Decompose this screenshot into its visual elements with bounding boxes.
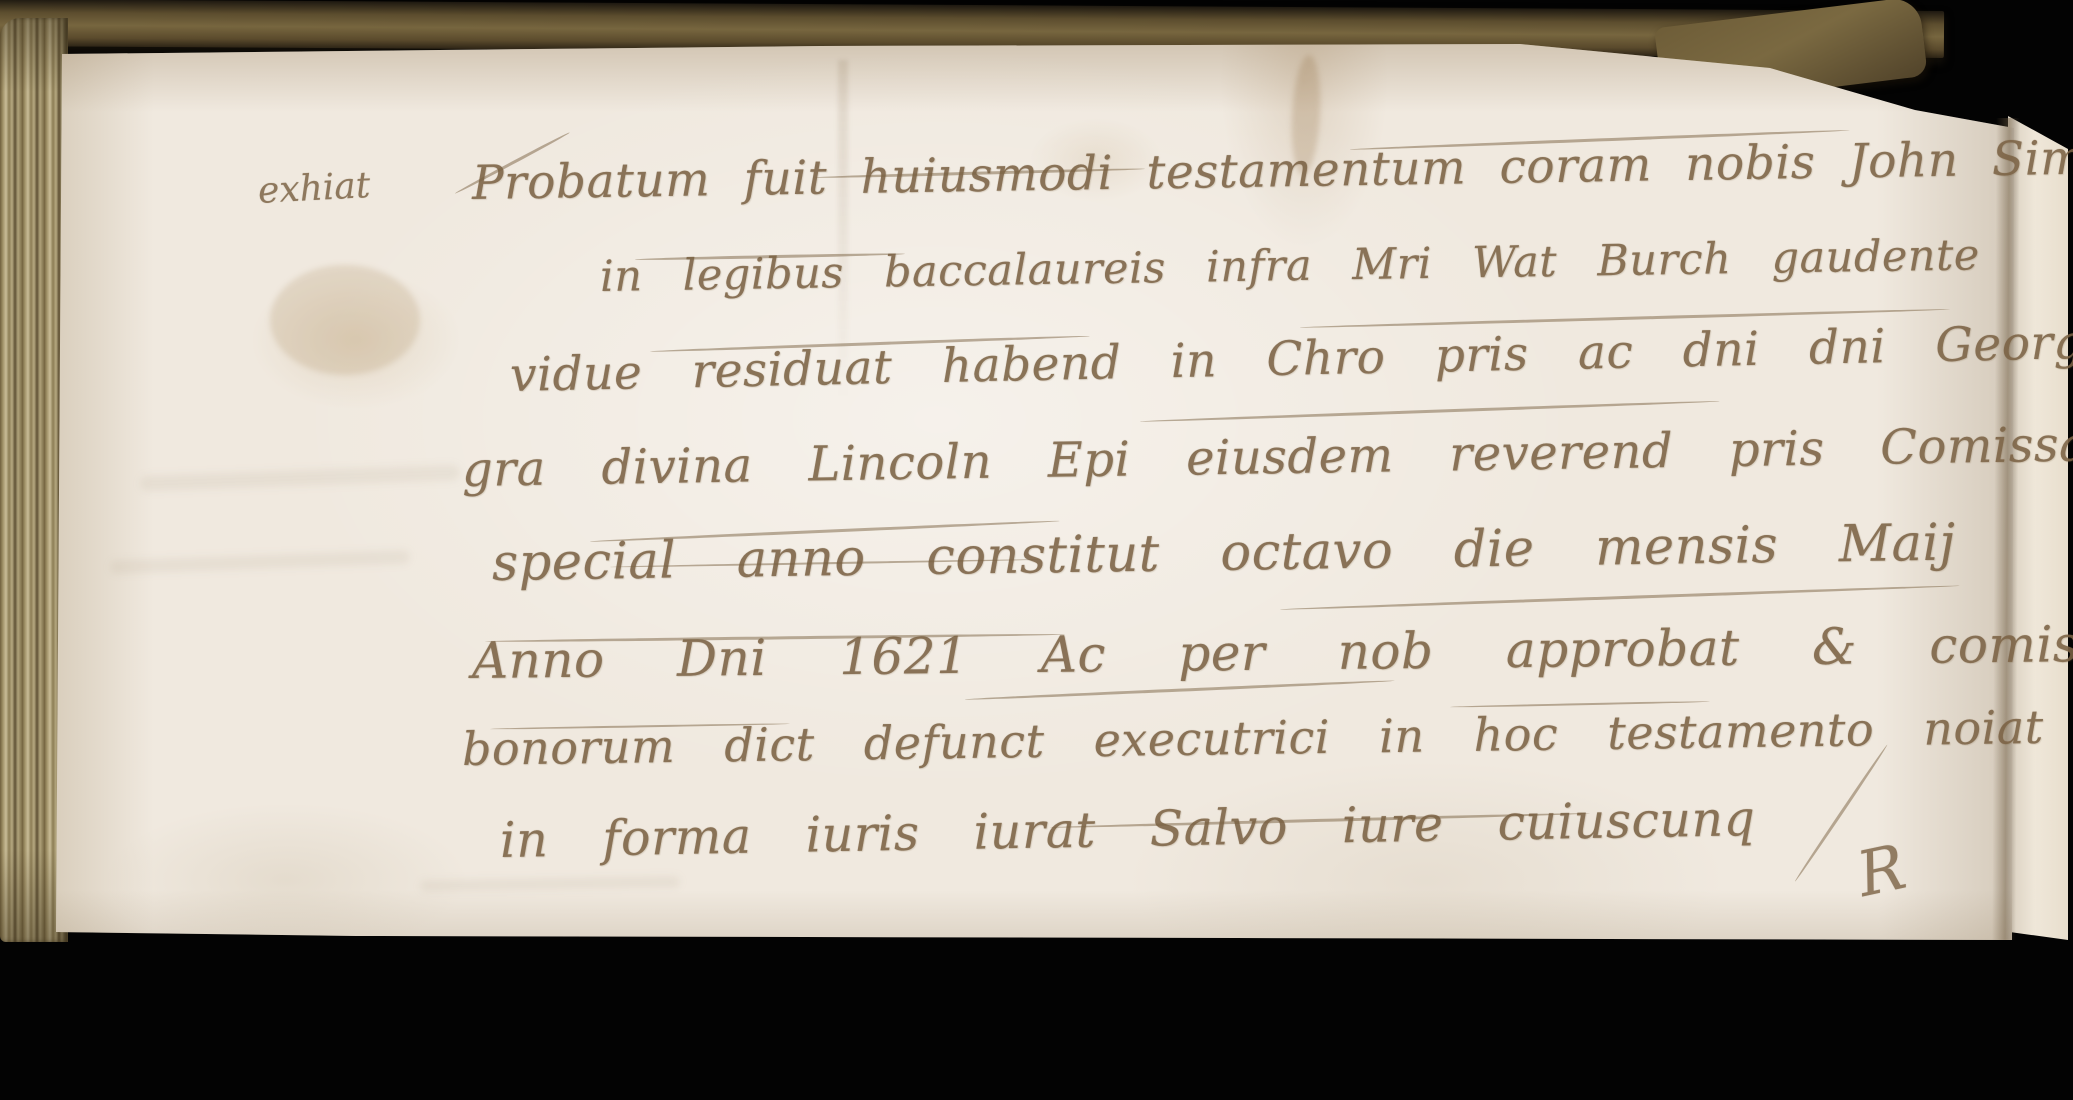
paraph-mark: R — [1851, 830, 1912, 911]
manuscript-line-1: Probatum fuit huiusmodi testamentum cora… — [472, 129, 2073, 211]
paper-stain — [270, 265, 420, 375]
manuscript-line-3: vidue residuat habend in Chro pris ac dn… — [509, 314, 2073, 403]
manuscript-line-8: in forma iuris iurat Salvo iure cuiuscun… — [500, 790, 1756, 869]
verso-showthrough — [110, 550, 410, 574]
manuscript-line-6: Anno Dni 1621 Ac per nob approbat & comi… — [472, 615, 2073, 690]
margin-note: exhiat — [257, 165, 371, 212]
manuscript-line-4: gra divina Lincoln Epi eiusdem reverend … — [462, 416, 2073, 498]
ink-flourish — [1280, 584, 1960, 611]
manuscript-line-2: in legibus baccalaureis infra Mri Wat Bu… — [600, 230, 1981, 302]
ink-flourish — [1140, 400, 1720, 423]
verso-showthrough — [420, 876, 680, 893]
verso-showthrough — [140, 464, 460, 491]
manuscript-line-5: special anno constitut octavo die mensis… — [492, 514, 1956, 593]
manuscript-line-7: bonorum dict defunct executrici in hoc t… — [462, 700, 2044, 776]
ink-layer: exhiat Probatum fuit huiusmodi testament… — [0, 0, 2073, 1100]
book-photo: exhiat Probatum fuit huiusmodi testament… — [0, 0, 2073, 1100]
